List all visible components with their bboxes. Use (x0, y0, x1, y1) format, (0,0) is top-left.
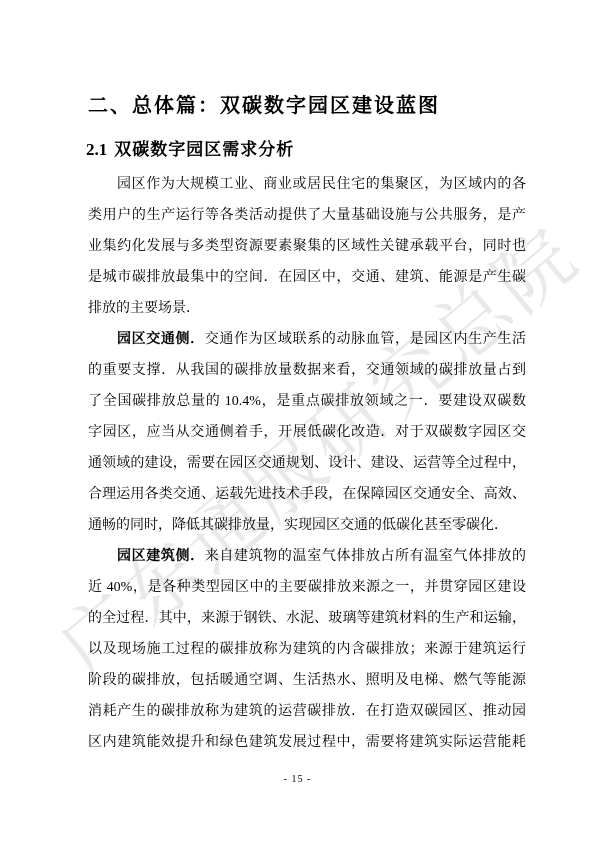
body-line: 通领域的建设，需要在园区交通规划、设计、建设、运营等全过程中， (88, 448, 526, 479)
body-text: 园区作为大规模工业、商业或居民住宅的集聚区，为区域内的各 类用户的生产运行等各类… (88, 169, 526, 758)
document-page: 广东通服研究总院 二、总体篇：双碳数字园区建设蓝图 2.1双碳数字园区需求分析 … (0, 0, 595, 841)
paragraph-lead-label: 园区交通侧． (117, 332, 205, 347)
body-line: 的重要支撑．从我国的碳排放量数据来看，交通领域的碳排放量占到 (88, 355, 526, 386)
body-line: 阶段的碳排放，包括暖通空调、生活热水、照明及电梯、燃气等能源 (88, 665, 526, 696)
body-line: 了全国碳排放总量的 10.4%，是重点碳排放领域之一．要建设双碳数 (88, 386, 526, 417)
body-line: 园区作为大规模工业、商业或居民住宅的集聚区，为区域内的各 (88, 169, 526, 200)
body-line-text: 来自建筑物的温室气体排放占所有温室气体排放的 (205, 549, 526, 564)
paragraph-lead-label: 园区建筑侧． (117, 549, 205, 564)
page-title: 二、总体篇：双碳数字园区建设蓝图 (88, 89, 440, 118)
body-line-text: 交通作为区域联系的动脉血管，是园区内生产生活 (205, 332, 526, 347)
body-line: 合理运用各类交通、运载先进技术手段，在保障园区交通安全、高效、 (88, 479, 526, 510)
body-line: 类用户的生产运行等各类活动提供了大量基础设施与公共服务，是产 (88, 200, 526, 231)
body-line: 消耗产生的碳排放称为建筑的运营碳排放．在打造双碳园区、推动园 (88, 696, 526, 727)
body-line: 区内建筑能效提升和绿色建筑发展过程中，需要将建筑实际运营能耗 (88, 727, 526, 758)
body-line: 通畅的同时，降低其碳排放量，实现园区交通的低碳化甚至零碳化． (88, 510, 526, 541)
body-line: 近 40%，是各种类型园区中的主要碳排放来源之一，并贯穿园区建设 (88, 572, 526, 603)
body-line: 排放的主要场景． (88, 293, 526, 324)
section-heading: 2.1双碳数字园区需求分析 (86, 135, 294, 160)
body-line: 园区交通侧．交通作为区域联系的动脉血管，是园区内生产生活 (88, 324, 526, 355)
body-line: 字园区，应当从交通侧着手，开展低碳化改造．对于双碳数字园区交 (88, 417, 526, 448)
body-line: 业集约化发展与多类型资源要素聚集的区域性关键承载平台，同时也 (88, 231, 526, 262)
section-title: 双碳数字园区需求分析 (114, 140, 294, 159)
body-line: 园区建筑侧．来自建筑物的温室气体排放占所有温室气体排放的 (88, 541, 526, 572)
body-line: 的全过程．其中，来源于钢铁、水泥、玻璃等建筑材料的生产和运输， (88, 603, 526, 634)
section-number: 2.1 (86, 140, 107, 159)
body-line: 以及现场施工过程的碳排放称为建筑的内含碳排放；来源于建筑运行 (88, 634, 526, 665)
page-number: - 15 - (0, 774, 595, 785)
body-line: 是城市碳排放最集中的空间．在园区中，交通、建筑、能源是产生碳 (88, 262, 526, 293)
